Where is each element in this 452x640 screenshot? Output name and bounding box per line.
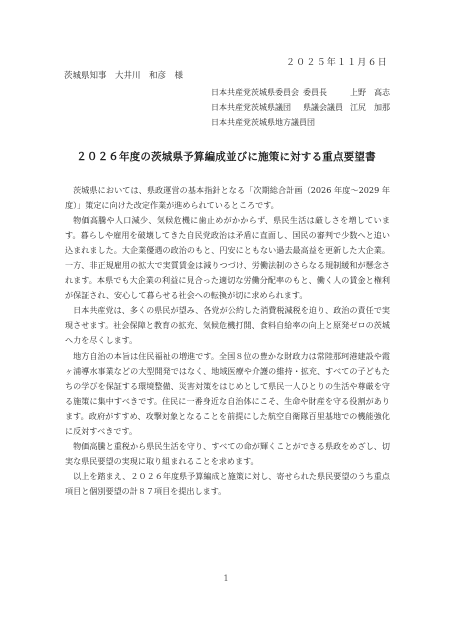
- paragraph: 日本共産党は、多くの県民が望み、各党が公約した消費税減税を迫り、政治の責任で実現…: [65, 303, 390, 348]
- document-title: ２０２６年度の茨城県予算編成並びに施策に対する重点要望書: [0, 149, 452, 164]
- paragraph: 以上を踏まえ、２０２６年度県予算編成と施策に対し、寄せられた県民要望のうち重点項…: [65, 469, 390, 499]
- paragraph: 茨城県においては、県政運営の基本指針となる「次期総合計画（2026 年度～202…: [65, 183, 390, 213]
- sender-org: 日本共産党茨城県議団: [211, 102, 291, 113]
- page-number: 1: [0, 574, 452, 583]
- paragraph: 物価高騰や人口減少、気候危機に歯止めがかからず、県民生活は厳しさを増しています。…: [65, 213, 390, 303]
- paragraph: 地方自治の本旨は住民福祉の増進です。全国８位の豊かな財政力は常陸那珂港建設や霞ヶ…: [65, 349, 390, 439]
- document-body: 茨城県においては、県政運営の基本指針となる「次期総合計画（2026 年度～202…: [65, 183, 390, 499]
- paragraph: 物価高騰と重税から県民生活を守り、すべての命が輝くことができる県政をめざし、切実…: [65, 439, 390, 469]
- sender-name: 江尻 加那: [350, 102, 390, 113]
- addressee: 茨城県知事 大井川 和彦 様: [64, 69, 183, 81]
- sender-name: 上野 高志: [350, 87, 390, 98]
- sender-role: 県議会議員: [303, 102, 343, 113]
- document-date: ２０２５年１１月６日: [286, 55, 388, 68]
- sender-org: 日本共産党茨城県地方議員団: [211, 117, 315, 128]
- sender-org: 日本共産党茨城県委員会: [211, 87, 299, 98]
- sender-role: 委員長: [303, 87, 327, 98]
